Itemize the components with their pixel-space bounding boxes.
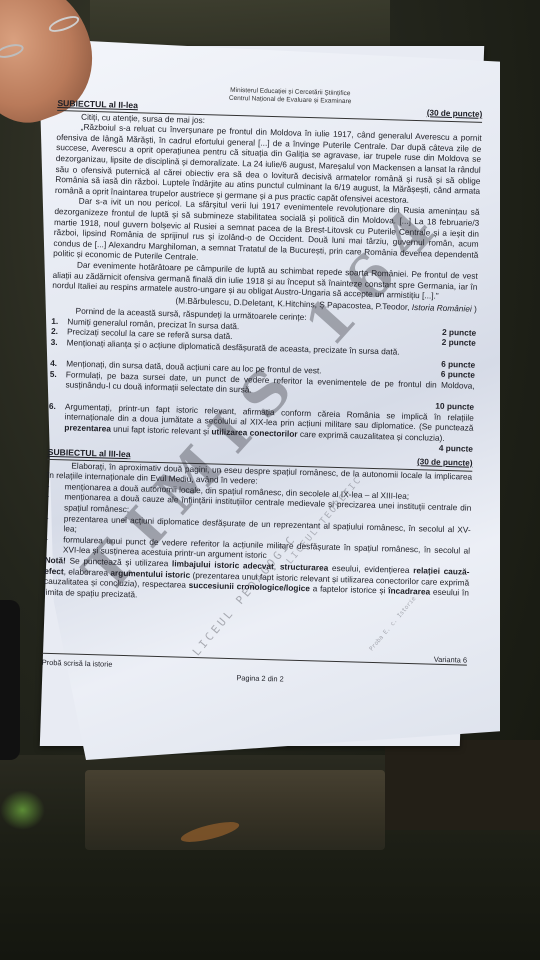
dash-icon: - [46, 491, 65, 513]
question-number: 5. [49, 369, 66, 391]
dash-icon: - [45, 534, 64, 556]
page-number: Pagina 2 din 2 [236, 674, 284, 686]
bold-fragment: structurarea [280, 561, 329, 572]
question-number: 2. [51, 326, 67, 337]
subject-2-points: (30 de puncte) [427, 108, 483, 120]
dash-icon: - [47, 481, 65, 492]
citation-end: ) [472, 303, 477, 313]
footer-exam-name: Probă scrisă la istorie [42, 658, 113, 671]
green-plant [0, 790, 45, 830]
subject-2-title: SUBIECTUL al II-lea [57, 98, 138, 111]
variant-label: Varianta 6 [434, 655, 467, 667]
question-number: 1. [51, 316, 67, 327]
question-number: 4. [50, 358, 66, 369]
subject-3-points: (30 de puncte) [417, 457, 473, 469]
note-label: Notă! [45, 555, 66, 566]
question-number: 3. [51, 337, 67, 348]
dash-icon: - [45, 512, 64, 534]
stone-block [85, 770, 385, 850]
question-number: 6. [48, 401, 65, 433]
phone-edge [0, 600, 20, 760]
citation-title: Istoria României [412, 302, 472, 314]
bold-fragment: prezentarea [64, 422, 111, 433]
subject-3-title: SUBIECTUL al III-lea [48, 447, 131, 460]
bold-fragment: încadrarea [388, 586, 430, 597]
dark-gap [385, 740, 540, 830]
text-fragment: a faptelor istorice și [310, 583, 389, 595]
